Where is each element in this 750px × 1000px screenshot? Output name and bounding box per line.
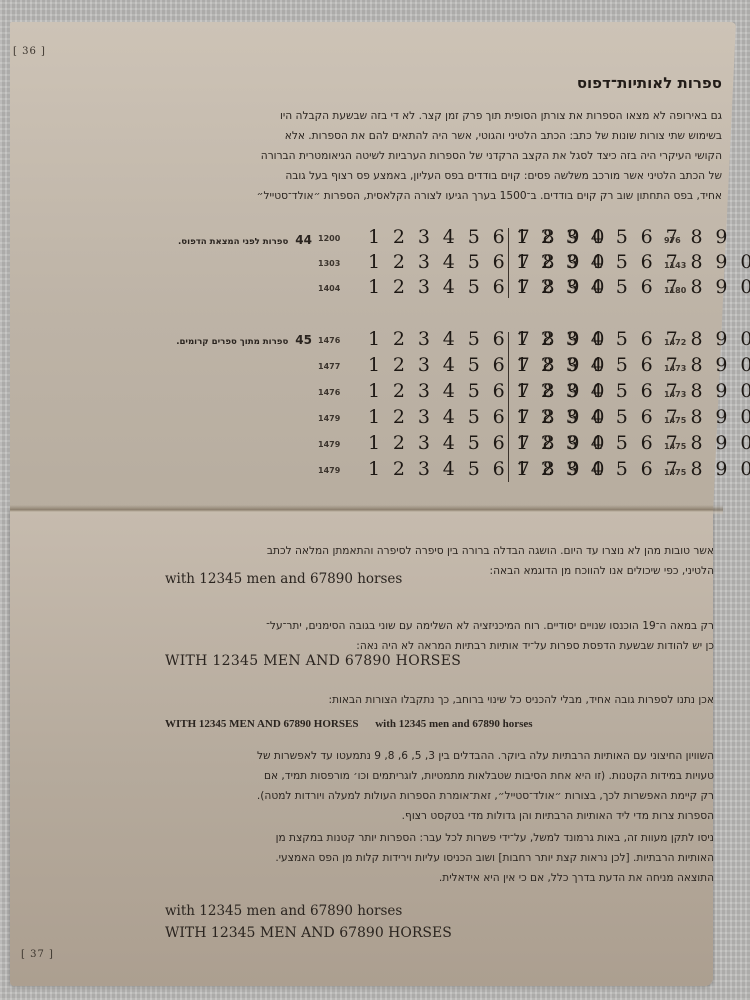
numerals-left: 1 2 3 4 5 6 7 8 9 0 xyxy=(368,380,503,402)
year-left: 1476 xyxy=(318,388,350,397)
text-line: הקושי העיקרי היה בזה כיצד לסגל את הקצב ה… xyxy=(177,146,722,166)
year-left: 1479 xyxy=(318,414,350,423)
text-line: טעויות במידות הקטנות. (זו היא אחת הסיבות… xyxy=(194,766,714,786)
year-right: 1143 xyxy=(664,261,686,270)
text-line: אשר טובות מהן לא נוצרו עד היום. הושגה הב… xyxy=(194,541,714,561)
text-line: רק קיימת האפשרות לכך, בצורות ״אולד־סטייל… xyxy=(194,786,714,806)
numeral-row: 1476 1 2 3 4 5 6 7 8 9 0 1 2 3 4 5 6 7 8… xyxy=(0,328,750,354)
section-title: ספרות לאותיות־דפוס xyxy=(577,74,722,92)
year-left: 1479 xyxy=(318,440,350,449)
text-line: אחיד, בפס התחתון שוב רק קוים בודדים. ב־1… xyxy=(177,186,722,206)
page-number-36: [ 36 ] xyxy=(13,46,46,57)
intro-paragraph: גם באירופה לא מצאו הספרות את צורתן הסופי… xyxy=(177,106,722,206)
text-line: ניסו לתקן מעוות זה, באות גרמונד למשל, על… xyxy=(194,828,714,848)
text-line: השוויון החיצוני עם האותיות הרבתיות עלה ב… xyxy=(194,746,714,766)
year-right: 1472 xyxy=(664,338,686,347)
numerals-left: 1 2 3 4 5 6 7 8 9 0 xyxy=(368,406,503,428)
text-line: של הכתב הלטיני אשר מורכב משלשה פסים: קוי… xyxy=(177,166,722,186)
numerals-left: 1 2 3 4 5 6 7 8 9 0 xyxy=(368,458,503,480)
sample-oldstyle-uppercase: WITH 12345 MEN AND 67890 HORSES xyxy=(165,653,461,669)
numerals-left: 1 2 3 4 5 6 7 8 9 0 xyxy=(368,251,503,273)
figure-44-table: 1200 1 2 3 4 5 6 7 8 9 0 1 2 3 4 5 6 7 8… xyxy=(0,226,750,301)
paragraph-3: אכן נתנו לספרות גובה אחיד, מבלי להכניס כ… xyxy=(194,690,714,710)
year-left: 1479 xyxy=(318,466,350,475)
numerals-left: 1 2 3 4 5 6 7 8 9 0 xyxy=(368,354,503,376)
page-fold xyxy=(10,505,723,515)
numerals-right: 1 2 3 4 5 6 7 8 9 xyxy=(516,226,656,248)
year-right: 976 xyxy=(664,236,681,245)
numerals-left: 1 2 3 4 5 6 7 8 9 0 xyxy=(368,276,503,298)
numerals-right: 1 2 3 4 5 6 7 8 9 0 xyxy=(516,276,656,298)
year-left: 1477 xyxy=(318,362,350,371)
numeral-row: 1477 1 2 3 4 5 6 7 8 9 0 1 2 3 4 5 6 7 8… xyxy=(0,354,750,380)
numerals-right: 1 2 3 4 5 6 7 8 9 0 xyxy=(516,458,656,480)
numerals-right: 1 2 3 4 5 6 7 8 9 0 xyxy=(516,406,656,428)
page-number-37: [ 37 ] xyxy=(21,949,54,960)
numerals-left: 1 2 3 4 5 6 7 8 9 0 xyxy=(368,328,503,350)
numerals-left: 1 2 3 4 5 6 7 8 9 0 xyxy=(368,432,503,454)
numeral-row: 1303 1 2 3 4 5 6 7 8 9 0 1 2 3 4 5 6 7 8… xyxy=(0,251,750,276)
numerals-right: 1 2 3 4 5 6 7 8 9 0 xyxy=(516,380,656,402)
numerals-right: 1 2 3 4 5 6 7 8 9 0 xyxy=(516,432,656,454)
numerals-right: 1 2 3 4 5 6 7 8 9 0 xyxy=(516,354,656,376)
text-line: הספרות צרות מדי ליד האותיות הרבתיות והן … xyxy=(194,806,714,826)
numerals-right: 1 2 3 4 5 6 7 8 9 0 xyxy=(516,251,656,273)
text-line: האותיות הרבתיות. [לכן נראות קצת יותר רחב… xyxy=(194,848,714,868)
numeral-row: 1479 1 2 3 4 5 6 7 8 9 0 1 2 3 4 5 6 7 8… xyxy=(0,432,750,458)
year-left: 1404 xyxy=(318,284,350,293)
numerals-left: 1 2 3 4 5 6 7 8 9 0 xyxy=(368,226,503,248)
numeral-row: 1476 1 2 3 4 5 6 7 8 9 0 1 2 3 4 5 6 7 8… xyxy=(0,380,750,406)
numeral-row: 1404 1 2 3 4 5 6 7 8 9 0 1 2 3 4 5 6 7 8… xyxy=(0,276,750,301)
paragraph-4: השוויון החיצוני עם האותיות הרבתיות עלה ב… xyxy=(194,746,714,826)
sample-garamond-uppercase: WITH 12345 MEN AND 67890 HORSES xyxy=(165,925,452,941)
sample-lining-uppercase: WITH 12345 MEN AND 67890 HORSES xyxy=(165,718,358,730)
paragraph-5: ניסו לתקן מעוות זה, באות גרמונד למשל, על… xyxy=(194,828,714,888)
year-right: 1473 xyxy=(664,390,686,399)
sample-garamond-lowercase: with 12345 men and 67890 horses xyxy=(165,903,402,919)
sample-lining-lowercase: with 12345 men and 67890 horses xyxy=(375,718,532,730)
numeral-row: 1200 1 2 3 4 5 6 7 8 9 0 1 2 3 4 5 6 7 8… xyxy=(0,226,750,251)
year-left: 1476 xyxy=(318,336,350,345)
text-line: אכן נתנו לספרות גובה אחיד, מבלי להכניס כ… xyxy=(194,690,714,710)
text-line: התוצאה מניחה את הדעת בדרך כלל, אם כי אין… xyxy=(194,868,714,888)
sample-lining-figures: WITH 12345 MEN AND 67890 HORSES with 123… xyxy=(165,718,533,730)
year-right: 1473 xyxy=(664,364,686,373)
figure-45-table: 1476 1 2 3 4 5 6 7 8 9 0 1 2 3 4 5 6 7 8… xyxy=(0,328,750,484)
year-right: 1475 xyxy=(664,442,686,451)
year-left: 1303 xyxy=(318,259,350,268)
text-line: רק במאה ה־19 הוכנסו שנויים יסודיים. רוח … xyxy=(194,616,714,636)
year-right: 1475 xyxy=(664,416,686,425)
paragraph-2: רק במאה ה־19 הוכנסו שנויים יסודיים. רוח … xyxy=(194,616,714,656)
numeral-row: 1479 1 2 3 4 5 6 7 8 9 0 1 2 3 4 5 6 7 8… xyxy=(0,458,750,484)
text-line: בשימוש שתי צורות שונות של כתב: הכתב הלטי… xyxy=(177,126,722,146)
numeral-row: 1479 1 2 3 4 5 6 7 8 9 0 1 2 3 4 5 6 7 8… xyxy=(0,406,750,432)
text-line: גם באירופה לא מצאו הספרות את צורתן הסופי… xyxy=(177,106,722,126)
sample-oldstyle-lowercase: with 12345 men and 67890 horses xyxy=(165,571,402,587)
year-right: 1180 xyxy=(664,286,686,295)
year-right: 1475 xyxy=(664,468,686,477)
year-left: 1200 xyxy=(318,234,350,243)
numerals-right: 1 2 3 4 5 6 7 8 9 0 xyxy=(516,328,656,350)
